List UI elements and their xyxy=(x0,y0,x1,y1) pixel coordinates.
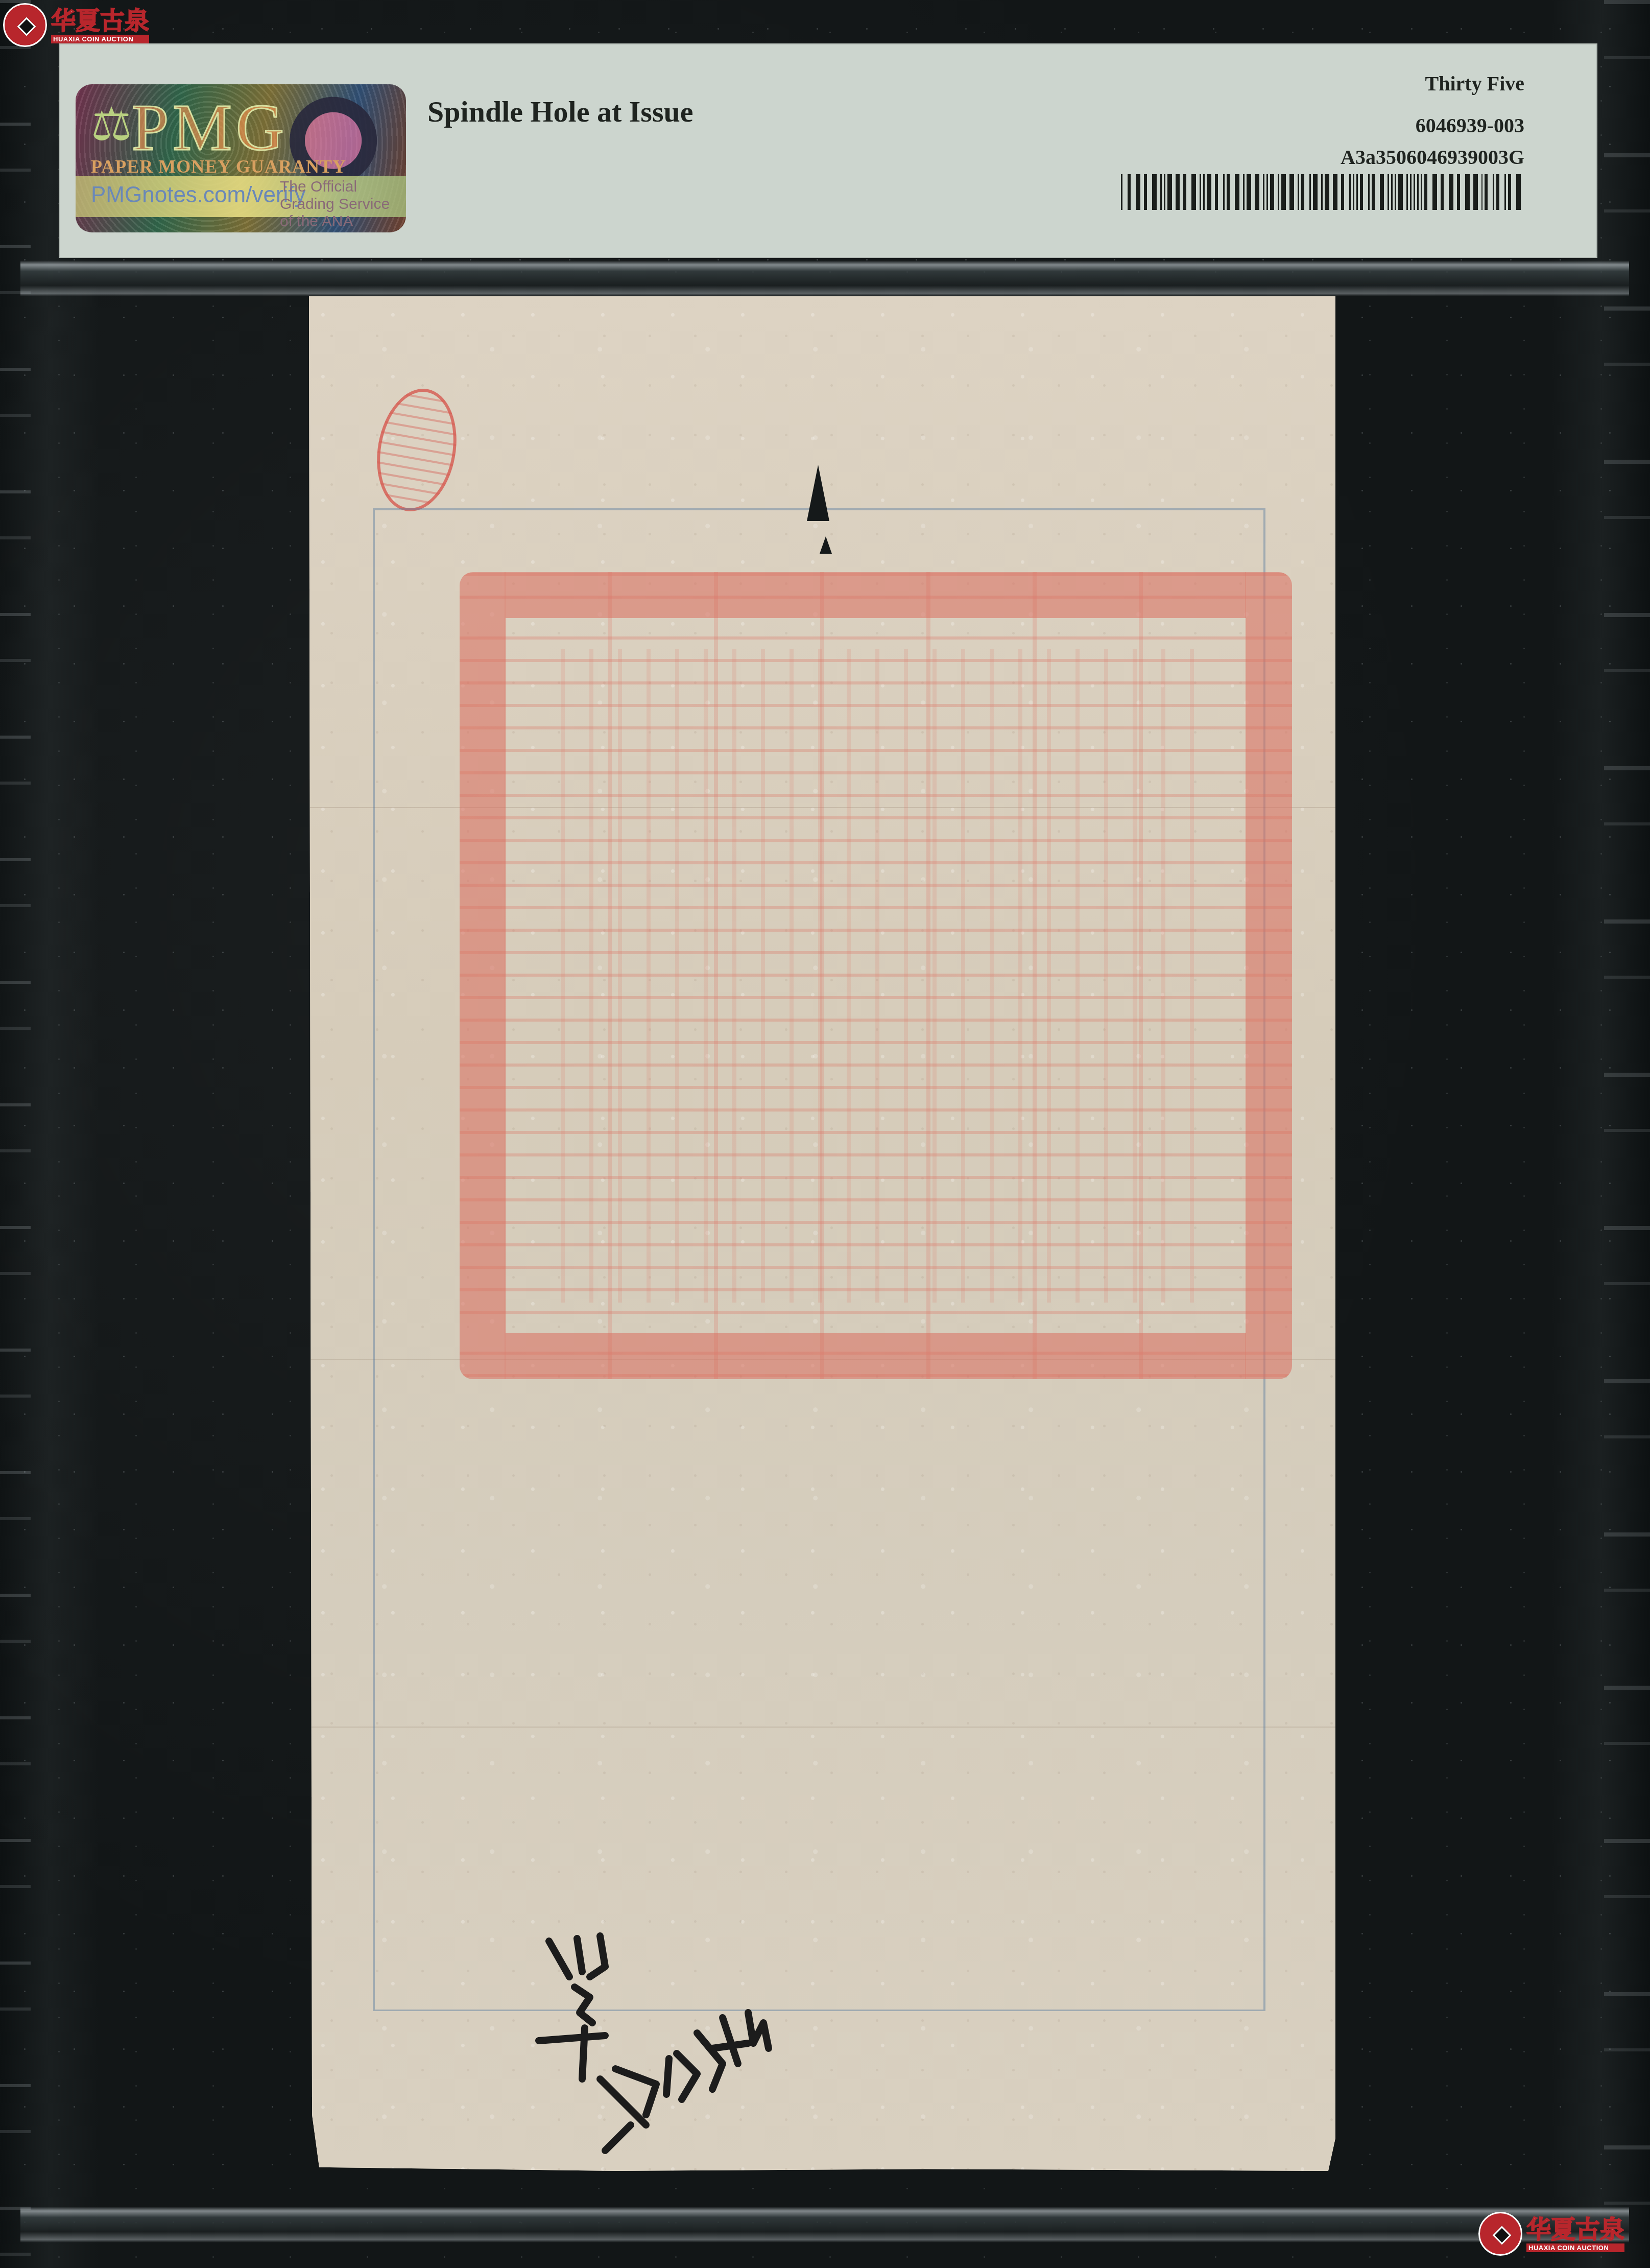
barcode-bar xyxy=(1457,174,1460,210)
barcode-bar xyxy=(1301,174,1304,210)
barcode-bar xyxy=(1136,174,1140,210)
barcode-bar xyxy=(1360,174,1363,210)
holder-rail-top xyxy=(20,261,1629,296)
barcode-bar xyxy=(1266,174,1268,210)
barcode-bar xyxy=(1424,174,1427,210)
watermark-english: HUAXIA COIN AUCTION xyxy=(51,35,149,43)
scales-icon: ⚖ xyxy=(91,100,137,151)
barcode-bar xyxy=(1278,174,1279,210)
barcode-bar xyxy=(1321,174,1323,210)
barcode-bar xyxy=(1395,174,1396,210)
watermark-chinese: 华夏古泉 xyxy=(51,7,149,35)
barcode-bar xyxy=(1356,174,1358,210)
barcode-bar xyxy=(1417,174,1419,210)
barcode-bar xyxy=(1410,174,1412,210)
barcode-bar xyxy=(1121,174,1122,210)
barcode-bar xyxy=(1309,174,1311,210)
barcode-text: A3a3506046939003G xyxy=(1341,145,1524,170)
barcode-bar xyxy=(1349,174,1351,210)
coin-logo-icon xyxy=(1478,2212,1522,2256)
barcode-bar xyxy=(1496,174,1499,210)
coin-logo-icon xyxy=(3,3,47,47)
barcode-bar xyxy=(1223,174,1225,210)
barcode-bar xyxy=(1270,174,1275,210)
pmg-holder: ⚖ PMG PAPER MONEY GUARANTY PMGnotes.com/… xyxy=(0,0,1650,2268)
hologram-tagline: PAPER MONEY GUARANTY xyxy=(91,156,346,177)
barcode-bar xyxy=(1388,174,1389,210)
barcode-bar xyxy=(1398,174,1403,210)
barcode-bar xyxy=(1473,174,1478,210)
barcode-bar xyxy=(1353,174,1354,210)
watermark-chinese: 华夏古泉 xyxy=(1526,2216,1624,2243)
barcode-bar xyxy=(1504,174,1506,210)
barcode-bar xyxy=(1191,174,1196,210)
barcode-bar xyxy=(1152,174,1157,210)
label-cert-block: Thirty Five 6046939-003 A3a3506046939003… xyxy=(1341,72,1524,170)
hologram-official-text: The Official Grading Service of the ANA xyxy=(280,178,402,230)
auction-watermark-bottom: 华夏古泉 HUAXIA COIN AUCTION xyxy=(1478,2212,1624,2256)
barcode-bar xyxy=(1380,174,1384,210)
spindle-hole-secondary xyxy=(820,536,832,554)
barcode-bar xyxy=(1281,174,1286,210)
barcode-bar xyxy=(1508,174,1511,210)
holder-rail-bottom xyxy=(20,2207,1629,2242)
barcode-bar xyxy=(1164,174,1165,210)
holder-edge-right xyxy=(1604,0,1650,2268)
barcode-bar xyxy=(1493,174,1494,210)
barcode-bar xyxy=(1215,174,1218,210)
barcode-bar xyxy=(1516,174,1521,210)
grade-text: Thirty Five xyxy=(1341,72,1524,96)
barcode-bar xyxy=(1247,174,1251,210)
barcode xyxy=(1121,174,1524,210)
barcode-bar xyxy=(1372,174,1375,210)
banknote xyxy=(309,296,1335,2171)
barcode-bar xyxy=(1263,174,1264,210)
cert-number: 6046939-003 xyxy=(1341,113,1524,138)
pmg-hologram: ⚖ PMG PAPER MONEY GUARANTY PMGnotes.com/… xyxy=(76,84,406,232)
barcode-bar xyxy=(1160,174,1162,210)
barcode-bar xyxy=(1200,174,1201,210)
holder-edge-left xyxy=(0,0,31,2268)
square-red-seal xyxy=(460,572,1292,1379)
barcode-bar xyxy=(1391,174,1393,210)
grading-label: ⚖ PMG PAPER MONEY GUARANTY PMGnotes.com/… xyxy=(59,43,1597,258)
barcode-bar xyxy=(1414,174,1415,210)
barcode-bar xyxy=(1255,174,1259,210)
barcode-bar xyxy=(1144,174,1147,210)
barcode-bar xyxy=(1298,174,1299,210)
barcode-bar xyxy=(1485,174,1488,210)
barcode-bar xyxy=(1481,174,1483,210)
barcode-bar xyxy=(1441,174,1444,210)
barcode-bar xyxy=(1203,174,1205,210)
label-comment: Spindle Hole at Issue xyxy=(427,94,694,129)
barcode-bar xyxy=(1465,174,1470,210)
verify-url[interactable]: PMGnotes.com/verify xyxy=(91,182,306,208)
barcode-bar xyxy=(1128,174,1131,210)
barcode-bar xyxy=(1421,174,1422,210)
watermark-english: HUAXIA COIN AUCTION xyxy=(1526,2243,1624,2252)
barcode-bar xyxy=(1167,174,1172,210)
seal-script-pattern xyxy=(536,649,1215,1303)
auction-watermark-top: 华夏古泉 HUAXIA COIN AUCTION xyxy=(3,3,149,47)
oval-red-seal xyxy=(368,383,466,518)
spindle-hole xyxy=(807,465,829,521)
barcode-bar xyxy=(1449,174,1453,210)
barcode-bar xyxy=(1183,174,1186,210)
handwritten-inscription xyxy=(529,1931,886,2156)
barcode-bar xyxy=(1368,174,1370,210)
barcode-bar xyxy=(1341,174,1344,210)
barcode-bar xyxy=(1207,174,1211,210)
barcode-bar xyxy=(1243,174,1245,210)
barcode-bar xyxy=(1176,174,1180,210)
barcode-bar xyxy=(1313,174,1318,210)
barcode-bar xyxy=(1289,174,1294,210)
barcode-bar xyxy=(1333,174,1337,210)
barcode-bar xyxy=(1235,174,1239,210)
barcode-bar xyxy=(1406,174,1408,210)
barcode-bar xyxy=(1432,174,1437,210)
pmg-logo: PMG xyxy=(132,89,288,166)
barcode-bar xyxy=(1227,174,1230,210)
barcode-bar xyxy=(1325,174,1329,210)
